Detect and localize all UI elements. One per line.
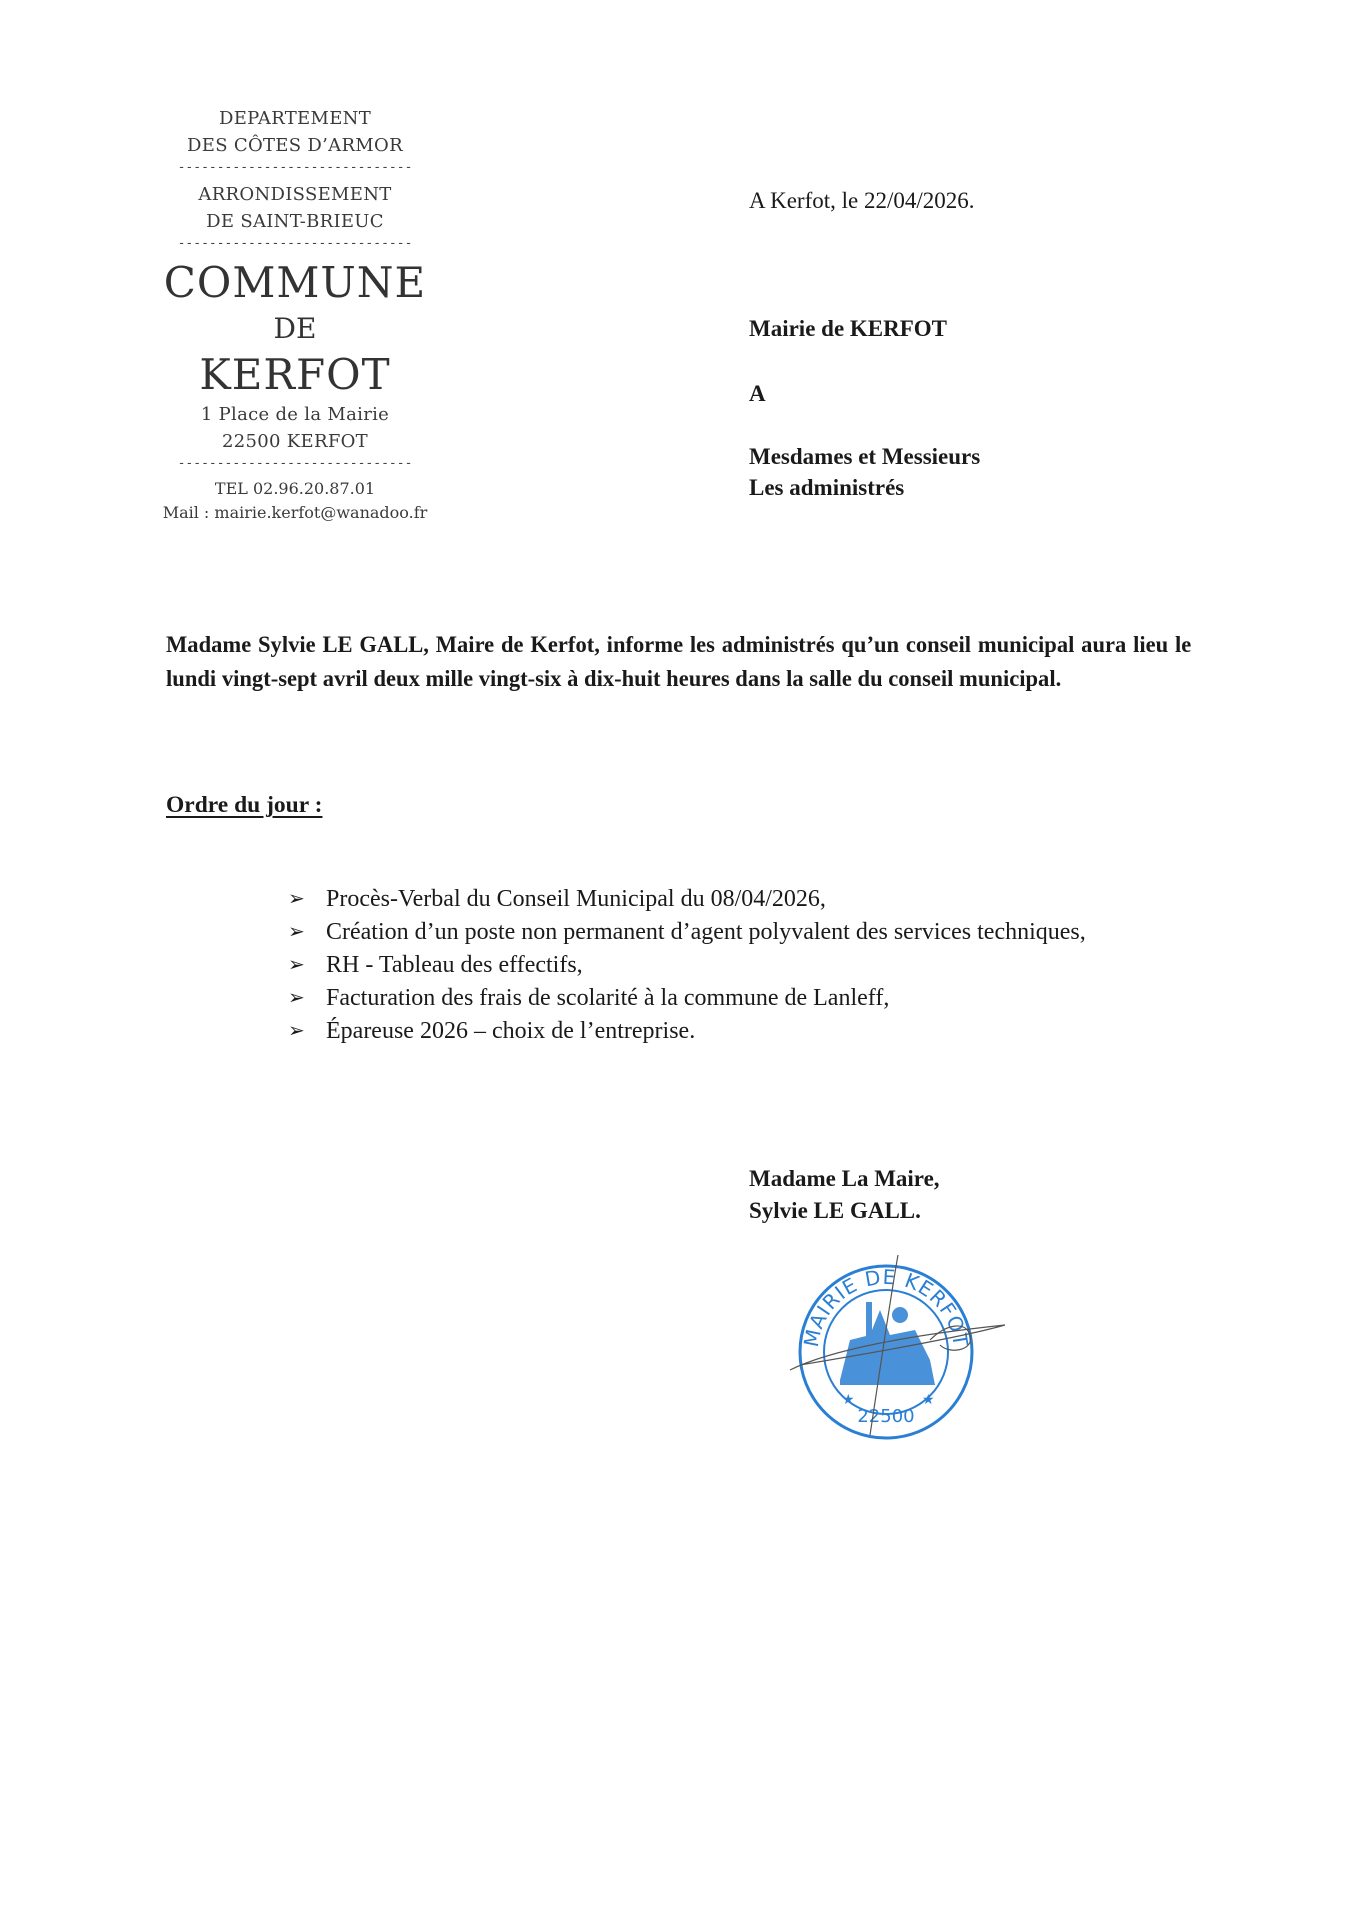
separator: ------------------------------ <box>140 237 450 251</box>
stamp-postal-code: 22500 <box>857 1406 914 1427</box>
telephone: TEL 02.96.20.87.01 <box>140 477 450 501</box>
agenda-item: ➢Procès-Verbal du Conseil Municipal du 0… <box>288 883 1086 916</box>
department-line-1: DEPARTEMENT <box>140 105 450 132</box>
to-label: A <box>749 378 766 409</box>
agenda-item: ➢Facturation des frais de scolarité à la… <box>288 982 1086 1015</box>
svg-text:★: ★ <box>842 1392 855 1408</box>
commune-name: KERFOT <box>140 349 450 401</box>
signature-title: Madame La Maire, <box>749 1163 940 1195</box>
announcement-paragraph: Madame Sylvie LE GALL, Maire de Kerfot, … <box>166 628 1191 696</box>
recipient-line-1: Mesdames et Messieurs <box>749 441 980 472</box>
agenda-item-text: Procès-Verbal du Conseil Municipal du 08… <box>326 883 826 916</box>
recipient-block: Mesdames et Messieurs Les administrés <box>749 441 980 503</box>
arrondissement-line-2: DE SAINT-BRIEUC <box>140 208 450 235</box>
signature-block: Madame La Maire, Sylvie LE GALL. <box>749 1163 940 1227</box>
arrondissement-line-1: ARRONDISSEMENT <box>140 181 450 208</box>
arrow-bullet-icon: ➢ <box>288 949 326 982</box>
address-line-1: 1 Place de la Mairie <box>140 401 450 428</box>
agenda-item-text: Facturation des frais de scolarité à la … <box>326 982 889 1015</box>
email: Mail : mairie.kerfot@wanadoo.fr <box>100 501 490 525</box>
commune-heading: COMMUNE <box>140 257 450 309</box>
agenda-list: ➢Procès-Verbal du Conseil Municipal du 0… <box>288 883 1086 1048</box>
svg-text:★: ★ <box>922 1392 935 1408</box>
letterhead: DEPARTEMENT DES CÔTES D’ARMOR ----------… <box>140 105 450 525</box>
agenda-item-text: RH - Tableau des effectifs, <box>326 949 583 982</box>
address-line-2: 22500 KERFOT <box>140 428 450 455</box>
arrow-bullet-icon: ➢ <box>288 916 326 949</box>
arrow-bullet-icon: ➢ <box>288 883 326 916</box>
date-line: A Kerfot, le 22/04/2026. <box>749 188 975 214</box>
agenda-item-text: Création d’un poste non permanent d’agen… <box>326 916 1086 949</box>
separator: ------------------------------ <box>140 457 450 471</box>
department-line-2: DES CÔTES D’ARMOR <box>140 132 450 159</box>
separator: ------------------------------ <box>140 161 450 175</box>
signature-name: Sylvie LE GALL. <box>749 1195 940 1227</box>
agenda-item: ➢Épareuse 2026 – choix de l’entreprise. <box>288 1015 1086 1048</box>
sender: Mairie de KERFOT <box>749 313 947 344</box>
recipient-line-2: Les administrés <box>749 472 980 503</box>
agenda-title: Ordre du jour : <box>166 792 322 819</box>
agenda-item: ➢Création d’un poste non permanent d’age… <box>288 916 1086 949</box>
agenda-item: ➢RH - Tableau des effectifs, <box>288 949 1086 982</box>
arrow-bullet-icon: ➢ <box>288 982 326 1015</box>
arrow-bullet-icon: ➢ <box>288 1015 326 1048</box>
agenda-item-text: Épareuse 2026 – choix de l’entreprise. <box>326 1015 695 1048</box>
official-stamp-icon: MAIRIE DE KERFOT ★ ★ 22500 <box>770 1240 1010 1440</box>
commune-de: DE <box>140 309 450 349</box>
